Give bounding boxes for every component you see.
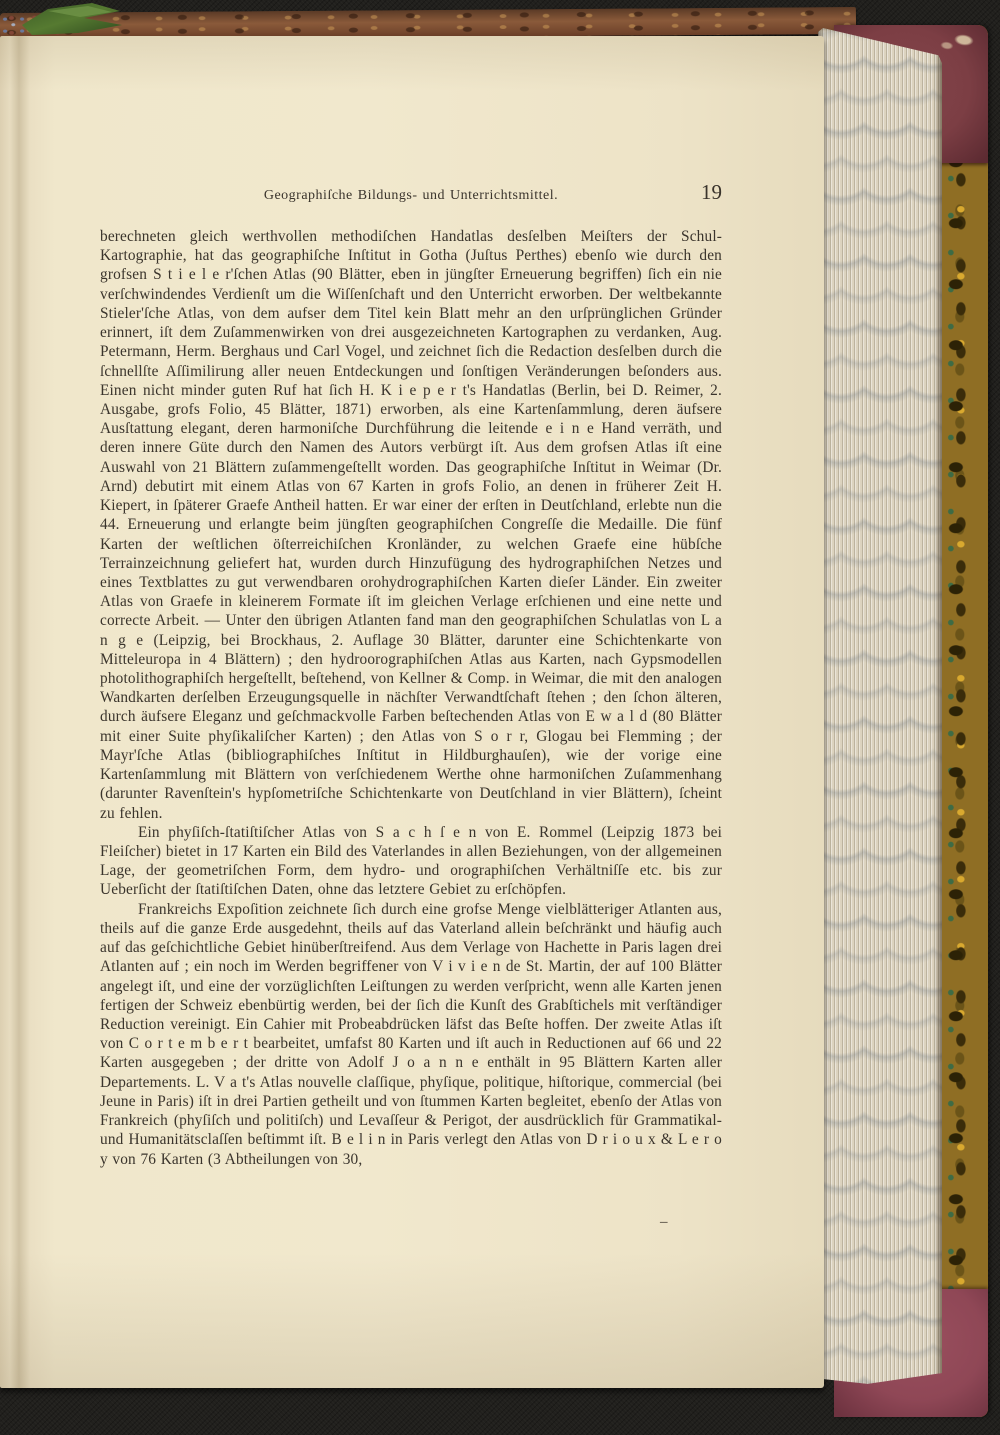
page-stack-fore-edge: [818, 28, 942, 1388]
paragraph-continuation: berechneten gleich werthvollen methodiſc…: [100, 227, 722, 823]
paragraph-france-exposition: Frankreichs Expoſition zeichnete ſich du…: [100, 900, 722, 1169]
photograph-background: { "header": { "title": "Geographiſche Bi…: [0, 0, 1000, 1435]
running-header-title: Geographiſche Bildungs- und Unterrichtsm…: [100, 188, 722, 204]
ribbon-bookmark-shape: [22, 3, 126, 39]
paragraph-saxony-atlas: Ein phyſiſch-ſtatiſtiſcher Atlas von S a…: [100, 823, 722, 900]
page-number: 19: [660, 180, 722, 205]
book-page: Geographiſche Bildungs- und Unterrichtsm…: [0, 36, 824, 1388]
page-body-text: berechneten gleich werthvollen methodiſc…: [100, 227, 722, 1169]
ribbon-bookmark: [22, 3, 126, 39]
signature-mark: –: [660, 1214, 668, 1231]
